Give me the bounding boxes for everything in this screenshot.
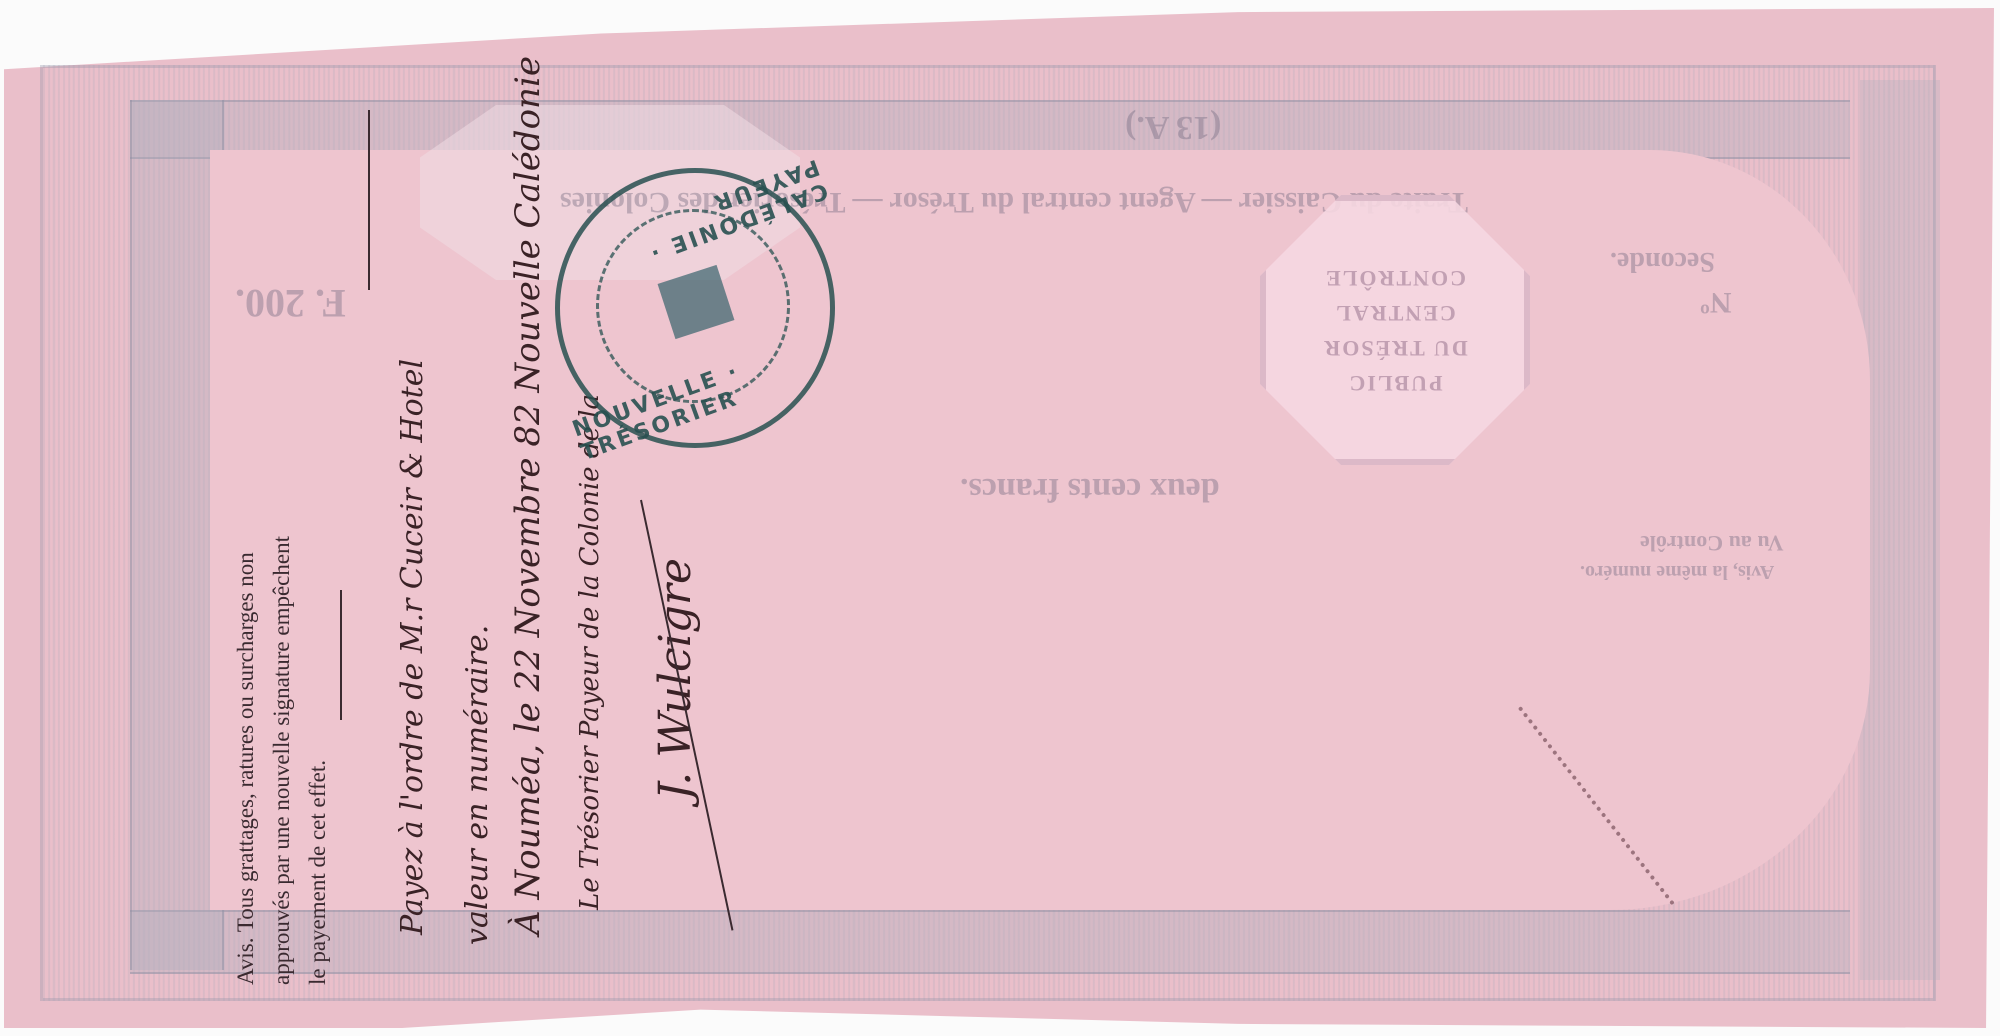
notice-line-3: le payement de cet effet. <box>300 265 336 985</box>
border-band-bottom <box>130 910 1850 974</box>
payment-notice: Avis. Tous grattages, ratures ou surchar… <box>228 265 336 985</box>
embossed-seal: CONTRÔLE CENTRAL DU TRÉSOR PUBLIC <box>1260 195 1530 465</box>
treasurer-signature: J. Wulcigre <box>650 558 701 800</box>
seal-line-1: CONTRÔLE <box>1260 265 1530 291</box>
visa-label: Vu au Contrôle <box>1640 530 1783 556</box>
seal-line-2: CENTRAL <box>1260 300 1530 326</box>
endorsement-line-2: valeur en numéraire. <box>460 625 495 945</box>
number-prefix: Nº <box>1700 285 1732 319</box>
amount-words: deux cents francs. <box>960 470 1220 508</box>
endorsement-line-3: À Nouméa, le 22 Novembre 82 Nouvelle Cal… <box>508 56 548 935</box>
notice-line-2: approuvés par une nouvelle signature emp… <box>264 265 300 985</box>
treasury-stamp: CALÉDONIE · PAYEUR NOUVELLE · TRÉSORIER <box>555 168 835 448</box>
endorsement-line-4: Le Trésorier Payeur de la Colonie de la <box>575 394 605 910</box>
name-rule <box>368 110 370 290</box>
border-band-right <box>1860 80 1940 980</box>
notice-line-1: Avis. Tous grattages, ratures ou surchar… <box>228 265 264 985</box>
visa-sub: Avis, la même numéro. <box>1580 560 1774 583</box>
endorsement-rule <box>340 590 342 720</box>
seal-line-4: PUBLIC <box>1260 370 1530 396</box>
seal-line-3: DU TRÉSOR <box>1260 335 1530 361</box>
copy-label: Seconde. <box>1610 245 1715 277</box>
endorsement-line-1: Payez à l'ordre de M.r Cuceir & Hotel <box>395 359 430 935</box>
form-code: (13 A.) <box>1125 108 1221 146</box>
